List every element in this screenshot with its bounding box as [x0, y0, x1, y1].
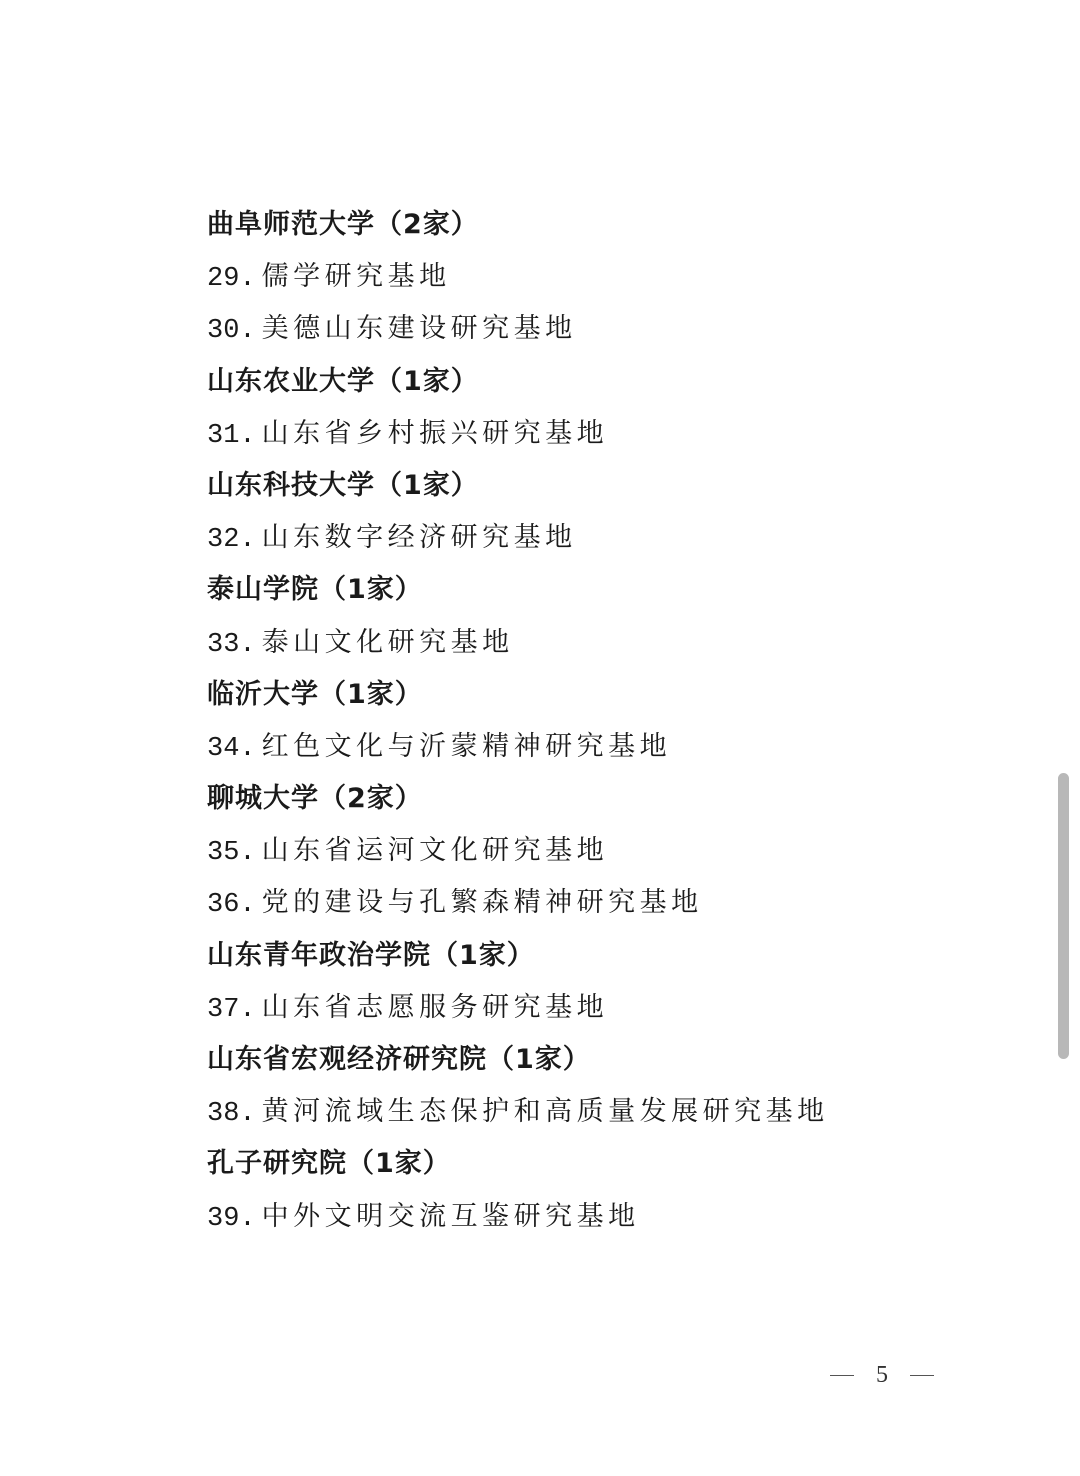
item-number: 37. [207, 995, 256, 1025]
list-item: 35.山东省运河文化研究基地 [207, 825, 1007, 877]
item-number: 36. [207, 890, 256, 920]
list-item: 36.党的建设与孔繁森精神研究基地 [207, 877, 1007, 929]
list-item: 39.中外文明交流互鉴研究基地 [207, 1191, 1007, 1243]
item-number: 39. [207, 1204, 256, 1234]
item-number: 29. [207, 264, 256, 294]
institution-heading: 山东省宏观经济研究院（1家） [207, 1034, 1007, 1086]
institution-heading: 泰山学院（1家） [207, 564, 1007, 616]
item-text: 党的建设与孔繁森精神研究基地 [262, 887, 703, 918]
dash-divider-right [910, 1375, 934, 1376]
document-body: 曲阜师范大学（2家） 29.儒学研究基地 30.美德山东建设研究基地 山东农业大… [207, 199, 1007, 1243]
list-item: 29.儒学研究基地 [207, 251, 1007, 303]
list-item: 37.山东省志愿服务研究基地 [207, 982, 1007, 1034]
institution-heading: 山东科技大学（1家） [207, 460, 1007, 512]
page-number-footer: 5 [830, 1360, 934, 1390]
list-item: 34.红色文化与沂蒙精神研究基地 [207, 721, 1007, 773]
item-text: 山东省志愿服务研究基地 [262, 992, 609, 1023]
item-text: 山东省运河文化研究基地 [262, 835, 609, 866]
dash-divider-left [830, 1375, 854, 1376]
item-text: 儒学研究基地 [262, 261, 451, 292]
item-text: 泰山文化研究基地 [262, 627, 514, 658]
document-page: 曲阜师范大学（2家） 29.儒学研究基地 30.美德山东建设研究基地 山东农业大… [0, 0, 1080, 1476]
item-text: 山东数字经济研究基地 [262, 522, 577, 553]
item-number: 34. [207, 734, 256, 764]
institution-heading: 临沂大学（1家） [207, 669, 1007, 721]
item-text: 山东省乡村振兴研究基地 [262, 418, 609, 449]
list-item: 31.山东省乡村振兴研究基地 [207, 408, 1007, 460]
page-number: 5 [876, 1362, 888, 1389]
list-item: 30.美德山东建设研究基地 [207, 303, 1007, 355]
institution-heading: 曲阜师范大学（2家） [207, 199, 1007, 251]
item-text: 中外文明交流互鉴研究基地 [262, 1201, 640, 1232]
item-number: 30. [207, 316, 256, 346]
institution-heading: 山东农业大学（1家） [207, 356, 1007, 408]
item-text: 美德山东建设研究基地 [262, 313, 577, 344]
institution-heading: 孔子研究院（1家） [207, 1138, 1007, 1190]
item-number: 31. [207, 421, 256, 451]
institution-heading: 聊城大学（2家） [207, 773, 1007, 825]
list-item: 33.泰山文化研究基地 [207, 617, 1007, 669]
vertical-scrollbar-thumb[interactable] [1058, 773, 1069, 1059]
institution-heading: 山东青年政治学院（1家） [207, 930, 1007, 982]
list-item: 38.黄河流域生态保护和高质量发展研究基地 [207, 1086, 1007, 1138]
item-text: 红色文化与沂蒙精神研究基地 [262, 731, 672, 762]
item-number: 35. [207, 838, 256, 868]
list-item: 32.山东数字经济研究基地 [207, 512, 1007, 564]
item-number: 33. [207, 630, 256, 660]
item-number: 32. [207, 525, 256, 555]
item-text: 黄河流域生态保护和高质量发展研究基地 [262, 1096, 829, 1127]
item-number: 38. [207, 1099, 256, 1129]
